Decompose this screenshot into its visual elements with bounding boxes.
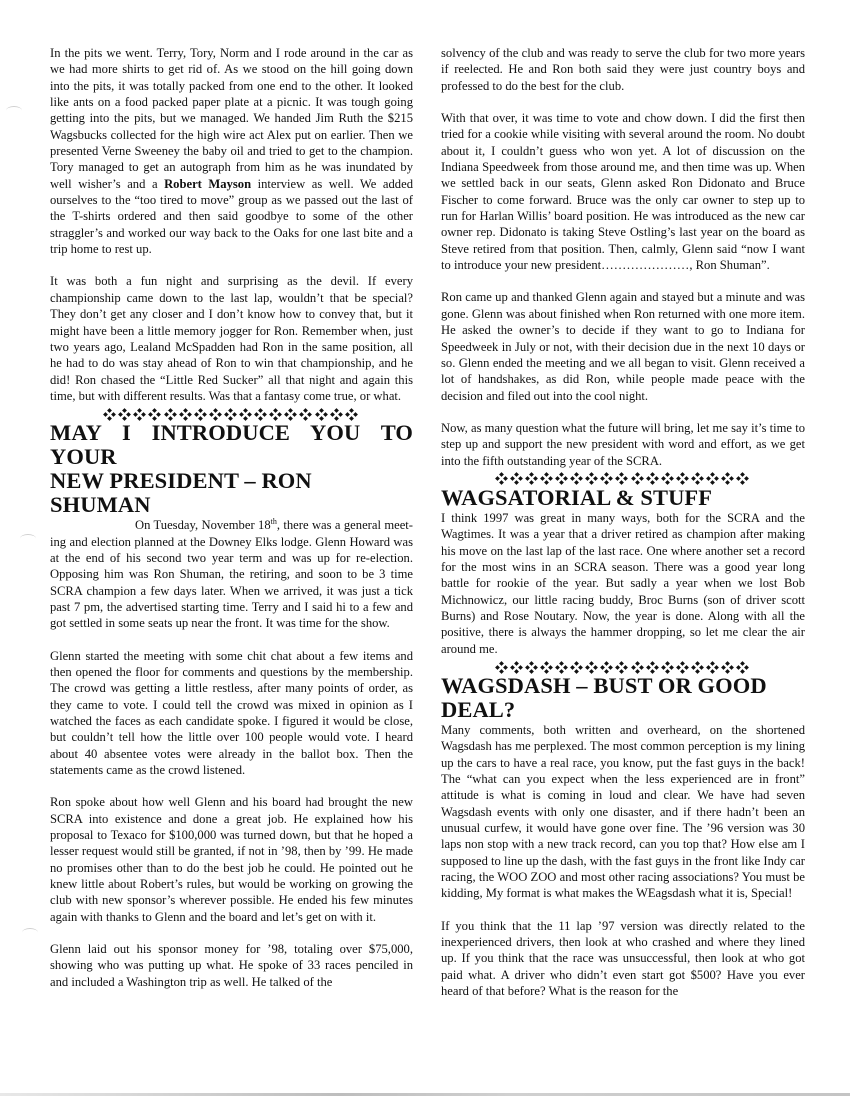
meeting-paragraph: On Tuesday, November 18th, there was a g… (50, 517, 413, 631)
four-diamond-cluster-icon (239, 408, 252, 421)
four-diamond-cluster-icon (148, 408, 161, 421)
four-diamond-cluster-icon (646, 661, 659, 674)
solvency-paragraph: solvency of the club and was ready to se… (441, 45, 805, 94)
four-diamond-cluster-icon (284, 408, 297, 421)
future-paragraph: Now, as many question what the future wi… (441, 420, 805, 469)
ornament-divider (50, 405, 413, 420)
four-diamond-cluster-icon (194, 408, 207, 421)
four-diamond-cluster-icon (631, 661, 644, 674)
four-diamond-cluster-icon (600, 661, 613, 674)
four-diamond-cluster-icon (133, 408, 146, 421)
four-diamond-cluster-icon (706, 472, 719, 485)
four-diamond-cluster-icon (179, 408, 192, 421)
four-diamond-cluster-icon (164, 408, 177, 421)
four-diamond-cluster-icon (315, 408, 328, 421)
four-diamond-cluster-icon (661, 661, 674, 674)
scan-margin-mark (20, 534, 36, 543)
scan-margin-mark (6, 106, 22, 115)
four-diamond-cluster-icon (736, 472, 749, 485)
four-diamond-cluster-icon (224, 408, 237, 421)
glenn-started-paragraph: Glenn started the meeting with some chit… (50, 648, 413, 779)
four-diamond-cluster-icon (600, 472, 613, 485)
article-headline-wagsatorial: WAGSATORIAL & STUFF (441, 486, 805, 510)
four-diamond-cluster-icon (736, 661, 749, 674)
four-diamond-cluster-icon (510, 472, 523, 485)
four-diamond-cluster-icon (706, 661, 719, 674)
scan-bottom-edge (0, 1093, 850, 1096)
four-diamond-cluster-icon (299, 408, 312, 421)
left-column: In the pits we went. Terry, Tory, Norm a… (50, 45, 413, 990)
ornament-divider (441, 470, 805, 485)
right-column: solvency of the club and was ready to se… (441, 45, 805, 1000)
four-diamond-cluster-icon (510, 661, 523, 674)
article-headline-new-president: MAY I INTRODUCE YOU TO YOUR NEW PRESIDEN… (50, 421, 413, 517)
pits-paragraph: In the pits we went. Terry, Tory, Norm a… (50, 45, 413, 257)
four-diamond-cluster-icon (615, 472, 628, 485)
four-diamond-cluster-icon (691, 472, 704, 485)
four-diamond-cluster-icon (585, 472, 598, 485)
newsletter-page: In the pits we went. Terry, Tory, Norm a… (0, 0, 850, 1100)
four-diamond-cluster-icon (676, 661, 689, 674)
four-diamond-cluster-icon (615, 661, 628, 674)
four-diamond-cluster-icon (254, 408, 267, 421)
four-diamond-cluster-icon (555, 472, 568, 485)
four-diamond-cluster-icon (345, 408, 358, 421)
four-diamond-cluster-icon (661, 472, 674, 485)
four-diamond-cluster-icon (269, 408, 282, 421)
four-diamond-cluster-icon (721, 472, 734, 485)
article-headline-wagsdash: WAGSDASH – BUST OR GOOD DEAL? (441, 674, 805, 722)
headline-line-1: MAY I INTRODUCE YOU TO YOUR (50, 421, 413, 469)
four-diamond-cluster-icon (525, 472, 538, 485)
ornament-divider (441, 658, 805, 673)
four-diamond-cluster-icon (631, 472, 644, 485)
ron-thanked-paragraph: Ron came up and thanked Glenn again and … (441, 289, 805, 403)
four-diamond-cluster-icon (209, 408, 222, 421)
four-diamond-cluster-icon (676, 472, 689, 485)
fun-night-paragraph: It was both a fun night and surprising a… (50, 273, 413, 404)
four-diamond-cluster-icon (495, 472, 508, 485)
four-diamond-cluster-icon (118, 408, 131, 421)
four-diamond-cluster-icon (540, 472, 553, 485)
scan-margin-mark (22, 928, 38, 937)
four-diamond-cluster-icon (330, 408, 343, 421)
ron-spoke-paragraph: Ron spoke about how well Glenn and his b… (50, 794, 413, 925)
wagsdash-paragraph-1: Many comments, both written and overhear… (441, 722, 805, 902)
headline-line-2: NEW PRESIDENT – RON SHUMAN (50, 469, 413, 517)
four-diamond-cluster-icon (495, 661, 508, 674)
meeting-text: On Tuesday, November 18 (135, 518, 271, 532)
four-diamond-cluster-icon (721, 661, 734, 674)
pits-text: In the pits we went. Terry, Tory, Norm a… (50, 46, 413, 191)
four-diamond-cluster-icon (525, 661, 538, 674)
wagsatorial-paragraph: I think 1997 was great in many ways, bot… (441, 510, 805, 657)
vote-paragraph: With that over, it was time to vote and … (441, 110, 805, 273)
four-diamond-cluster-icon (585, 661, 598, 674)
robert-mayson-bold: Robert Mayson (164, 177, 251, 191)
four-diamond-cluster-icon (691, 661, 704, 674)
meeting-text-cont: , there was a general meet-ing and elect… (50, 518, 413, 630)
four-diamond-cluster-icon (646, 472, 659, 485)
wagsdash-paragraph-2: If you think that the 11 lap ’97 version… (441, 918, 805, 1000)
four-diamond-cluster-icon (570, 472, 583, 485)
four-diamond-cluster-icon (555, 661, 568, 674)
four-diamond-cluster-icon (570, 661, 583, 674)
glenn-sponsor-paragraph: Glenn laid out his sponsor money for ’98… (50, 941, 413, 990)
four-diamond-cluster-icon (103, 408, 116, 421)
four-diamond-cluster-icon (540, 661, 553, 674)
